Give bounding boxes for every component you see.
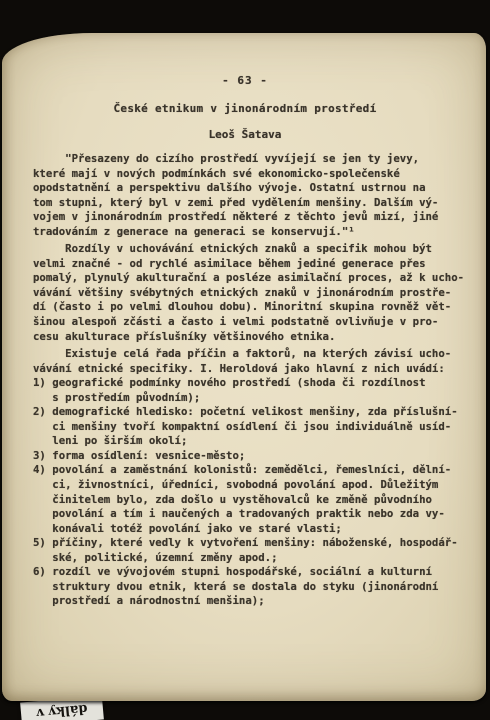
text-line: 3) forma osídlení: vesnice-město;	[33, 449, 465, 464]
text-line: Existuje celá řada příčin a faktorů, na …	[33, 347, 465, 362]
text-line: ci, živnostníci, úředníci, svobodná povo…	[33, 478, 465, 493]
book-page: - 63 - České etnikum v jinonárodním pros…	[2, 33, 486, 701]
text-line: vávání většiny svébytných etnických znak…	[33, 286, 465, 301]
paragraph: "Přesazeny do cizího prostředí vyvíjejí …	[33, 152, 465, 239]
text-line: 6) rozdíl ve vývojovém stupni hospodářsk…	[33, 565, 465, 580]
body-text: "Přesazeny do cizího prostředí vyvíjejí …	[33, 152, 465, 609]
text-line: opodstatnění a perspektivu dalšího vývoj…	[33, 181, 465, 196]
text-line: konávali totéž povolání jako ve staré vl…	[33, 522, 465, 537]
text-line: 1) geografické podmínky nového prostředí…	[33, 376, 465, 391]
text-line: šinou alespoň zčásti a často i velmi pod…	[33, 315, 465, 330]
text-line: které mají v nových podmínkách své ekono…	[33, 167, 465, 182]
text-line: 2) demografické hledisko: početní veliko…	[33, 405, 465, 420]
text-line: pomalý, plynulý akulturační a posléze as…	[33, 271, 465, 286]
text-line: dí (často i po velmi dlouhou dobu). Mino…	[33, 300, 465, 315]
text-line: 4) povolání a zaměstnání kolonistů: země…	[33, 463, 465, 478]
text-line: 5) příčiny, které vedly k vytvoření menš…	[33, 536, 465, 551]
text-line: vávání etnické specifiky. I. Heroldová j…	[33, 362, 465, 377]
text-line: velmi značné - od rychlé asimilace během…	[33, 257, 465, 272]
text-line: prostředí a národnostní menšina);	[33, 594, 465, 609]
text-line: ské, politické, územní změny apod.;	[33, 551, 465, 566]
paragraph: Existuje celá řada příčin a faktorů, na …	[33, 347, 465, 609]
text-line: tom stupni, který byl v zemi před vyděle…	[33, 196, 465, 211]
text-line: činitelem bylo, zda došlo u vystěhovalců…	[33, 493, 465, 508]
page-number: - 63 -	[33, 74, 457, 87]
text-line: "Přesazeny do cizího prostředí vyvíjejí …	[33, 152, 465, 167]
text-line: vojem v jinonárodním prostředí některé z…	[33, 210, 465, 225]
text-line: s prostředím původním);	[33, 391, 465, 406]
text-line: struktury dvou etnik, která se dostala d…	[33, 580, 465, 595]
scan-background: dálky v - 63 - České etnikum v jinonárod…	[0, 0, 490, 720]
text-line: cesu akulturace příslušníky většinového …	[33, 330, 465, 345]
text-line: Rozdíly v uchovávání etnických znaků a s…	[33, 242, 465, 257]
text-line: povolání a tím i naučených a tradovaných…	[33, 507, 465, 522]
paragraph: Rozdíly v uchovávání etnických znaků a s…	[33, 242, 465, 344]
text-line: ci menšiny tvoří kompaktní osídlení či j…	[33, 420, 465, 435]
article-title: České etnikum v jinonárodním prostředí	[33, 102, 457, 115]
text-line: tradováním z generace na generaci se kon…	[33, 225, 465, 240]
text-line: leni po širším okolí;	[33, 434, 465, 449]
author-name: Leoš Šatava	[33, 128, 457, 141]
